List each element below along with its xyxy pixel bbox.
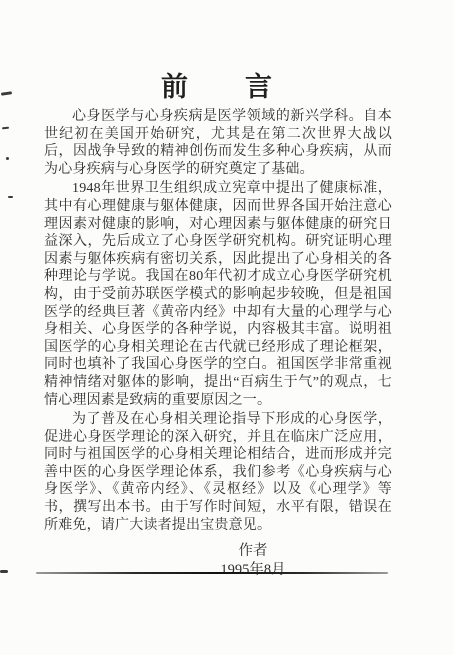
paragraph-3: 为了普及在心身相关理论指导下形成的心身医学，促进心身医学理论的深入研究，并且在临… xyxy=(44,411,392,534)
footer-rule xyxy=(36,572,388,574)
preface-body: 心身医学与心身疾病是医学领域的新兴学科。自本世纪初在美国开始研究，尤其是在第二次… xyxy=(44,108,392,534)
scan-speck xyxy=(0,570,8,573)
signature-block: 作者 1995年8月 xyxy=(0,542,454,580)
book-page: 前 言 心身医学与心身疾病是医学领域的新兴学科。自本世纪初在美国开始研究，尤其是… xyxy=(0,0,454,655)
scan-speck xyxy=(8,196,13,198)
page-title: 前 言 xyxy=(44,72,390,102)
scan-speck xyxy=(6,157,9,160)
scan-speck xyxy=(2,127,9,130)
scan-speck xyxy=(1,91,12,96)
paragraph-2: 1948年世界卫生组织成立宪章中提出了健康标准，其中有心理健康与躯体健康，因而世… xyxy=(44,180,392,409)
signature-date: 1995年8月 xyxy=(52,561,454,580)
author-signature: 作者 xyxy=(52,542,454,561)
paragraph-1: 心身医学与心身疾病是医学领域的新兴学科。自本世纪初在美国开始研究，尤其是在第二次… xyxy=(44,108,392,178)
